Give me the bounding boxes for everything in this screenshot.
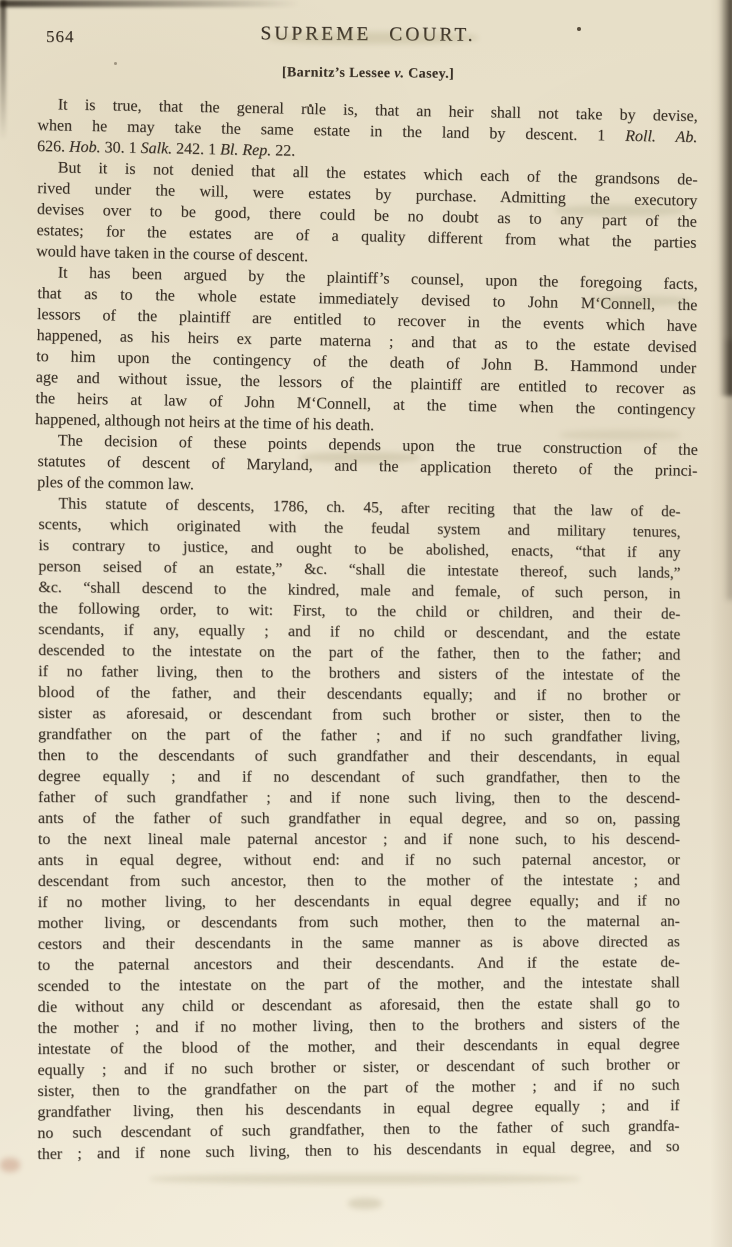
text-line: cestors and their descendants in the sam… [38, 932, 680, 955]
citation-italic: Hob. [69, 139, 101, 157]
scan-edge-left [0, 0, 6, 140]
page-header: 564 SUPREME COURT. [38, 24, 698, 50]
ink-stain [0, 1158, 20, 1172]
text-segment: descendant from such ancestor, then to t… [38, 872, 680, 890]
text-segment: descended to the intestate on the part o… [38, 642, 680, 664]
text-segment: 22. [271, 142, 295, 159]
paragraph: But it is not denied that all the estate… [36, 157, 698, 275]
show-through-smudge [348, 1198, 382, 1209]
text-segment: then to the descendants of such grandfat… [38, 747, 680, 766]
text-segment: cestors and their descendants in the sam… [38, 934, 680, 953]
citation-italic: Bl. Rep. [220, 141, 271, 159]
text-segment: scended to the intestate on the part of … [38, 975, 680, 995]
text-segment: sister as aforesaid, or descendant from … [38, 705, 680, 725]
text-segment: mother living, or descendants from such … [38, 913, 680, 932]
scan-edge-right-fade [724, 340, 732, 600]
citation-italic: Roll. Ab. [625, 128, 697, 146]
text-segment: ples of the common law. [37, 474, 194, 493]
page-curve-shading [710, 0, 732, 1247]
text-segment: if no father living, then to the brother… [38, 663, 680, 684]
text-line: to the next lineal male paternal ancesto… [38, 829, 680, 850]
text-segment: ther ; and if none such living, then to … [37, 1138, 679, 1163]
show-through-smudge [150, 1174, 580, 1184]
text-segment: father of such grandfather ; and if none… [38, 789, 680, 807]
text-line: ants in equal degree, without end: and i… [38, 850, 680, 871]
text-segment: 242. 1 [172, 140, 220, 158]
text-line: descendant from such ancestor, then to t… [38, 870, 680, 892]
text-segment: 626. [37, 138, 69, 156]
paragraph: It has been argued by the plaintiff’s co… [35, 262, 698, 442]
text-segment: blood of the father, and their descendan… [38, 684, 680, 704]
paragraph: The decision of these points depends upo… [37, 430, 698, 503]
citation-italic: Salk. [140, 140, 172, 158]
text-line: if no mother living, to her descendants … [38, 891, 680, 913]
text-segment: grandfather on the part of the father ; … [38, 726, 680, 745]
text-segment: ants in equal degree, without end: and i… [38, 852, 680, 869]
text-segment: scendants, if any, equally ; and if no c… [38, 621, 680, 643]
running-head: SUPREME COURT. [38, 22, 698, 49]
caption-segment: [Barnitz’s Lessee [282, 65, 395, 81]
scanned-book-page: 564 SUPREME COURT. [Barnitz’s Lessee v. … [0, 0, 732, 1247]
case-caption: [Barnitz’s Lessee v. Casey.] [38, 63, 698, 85]
scan-edge-top [0, 0, 300, 7]
text-segment: ants of the father of such grandfather i… [38, 810, 680, 827]
text-segment: die without any child or descendant as a… [38, 995, 680, 1016]
text-line: degree equally ; and if no descendant of… [38, 766, 680, 788]
caption-segment: Casey.] [404, 66, 454, 81]
caption-segment: v. [394, 66, 404, 81]
text-segment: degree equally ; and if no descendant of… [38, 768, 680, 786]
text-segment: to the next lineal male paternal ancesto… [38, 831, 680, 848]
scan-edge-right [719, 0, 732, 396]
paragraph: This statute of descents, 1786, ch. 45, … [37, 493, 680, 1165]
text-line: ants of the father of such grandfather i… [38, 808, 680, 829]
text-segment: 30. 1 [100, 139, 140, 157]
paragraph: It is true, that the general rule is, th… [37, 94, 698, 169]
body-text: It is true, that the general rule is, th… [38, 94, 698, 1165]
text-line: sister as aforesaid, or descendant from … [38, 703, 680, 727]
text-segment: to the paternal ancestors and their desc… [38, 954, 680, 974]
text-line: mother living, or descendants from such … [38, 911, 680, 934]
text-line: grandfather on the part of the father ; … [38, 724, 680, 747]
text-segment: if no mother living, to her descendants … [38, 893, 680, 911]
text-line: father of such grandfather ; and if none… [38, 787, 680, 809]
text-line: then to the descendants of such grandfat… [38, 745, 680, 768]
